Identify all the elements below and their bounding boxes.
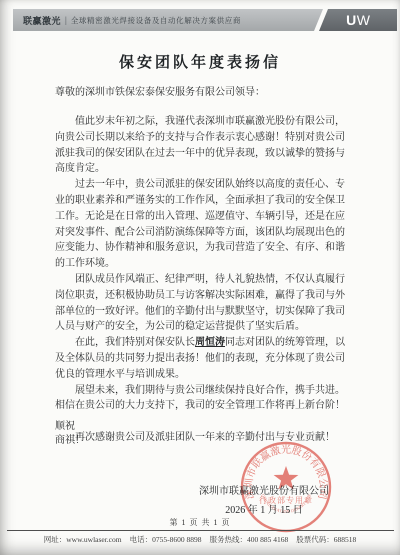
paragraph-4: 在此，我们特别对保安队长周恒涛同志对团队的统筹管理，以及全体队员的共同努力提出表… (55, 335, 345, 382)
footer-phone: 电话：0755-8600 8898 (130, 535, 202, 544)
footer-hotline: 服务热线：400 885 4168 (209, 535, 288, 544)
letter-title: 保安团队年度表扬信 (0, 51, 400, 72)
uw-logo: UW (319, 9, 397, 31)
scanned-letter-page: 联赢激光 | 全球精密激光焊接设备及自动化解决方案供应商 UW 保安团队年度表扬… (0, 0, 400, 555)
uw-logo-u: U (346, 12, 357, 28)
brand-tagline: 全球精密激光焊接设备及自动化解决方案供应商 (71, 15, 241, 26)
paragraph-3: 团队成员作风端正、纪律严明，待人礼貌热情，不仅认真履行岗位职责，还积极协助员工与… (55, 272, 345, 335)
footer-contact-line: 网址：www.uwlaser.com电话：0755-8600 8898服务热线：… (0, 534, 400, 545)
brand-separator: | (65, 15, 67, 25)
uw-logo-w: W (357, 12, 370, 28)
paragraph-1: 值此岁末年初之际，我谨代表深圳市联赢激光股份有限公司，向贵公司长期以来给予的支持… (55, 114, 345, 177)
closing-block: 顺祝 商祺！ (55, 420, 85, 447)
letterhead: 联赢激光 | 全球精密激光焊接设备及自动化解决方案供应商 UW (13, 9, 397, 31)
letterhead-bar: 联赢激光 | 全球精密激光焊接设备及自动化解决方案供应商 (13, 9, 323, 31)
paragraph-4-lead: 在此，我们特别对保安队长 (75, 337, 195, 348)
page-number: 第 1 页 共 1 页 (0, 517, 400, 528)
seal-star-icon (274, 466, 299, 490)
letter-body: 值此岁末年初之际，我谨代表深圳市联赢激光股份有限公司，向贵公司长期以来给予的支持… (55, 114, 345, 446)
footer-stock-code: 股票代码：688518 (296, 535, 356, 544)
closing-line-2: 商祺！ (55, 434, 85, 448)
company-seal: 深圳市联赢激光股份有限公司 行政部专用章 ADMINISTRATION DEPA… (226, 427, 346, 547)
paragraph-2: 过去一年中，贵公司派驻的保安团队始终以高度的责任心、专业的职业素养和严谨务实的工… (55, 177, 345, 272)
paragraph-5: 展望未来，我们期待与贵公司继续保持良好合作，携手共进。相信在贵公司的大力支持下，… (55, 383, 345, 415)
salutation: 尊敬的深圳市铁保宏泰保安服务有限公司领导： (55, 83, 345, 98)
closing-line-1: 顺祝 (55, 420, 85, 434)
brand-name: 联赢激光 (23, 14, 61, 27)
footer-divider (7, 530, 394, 531)
commended-name: 周恒涛 (195, 337, 225, 348)
footer-website: 网址：www.uwlaser.com (44, 535, 122, 544)
